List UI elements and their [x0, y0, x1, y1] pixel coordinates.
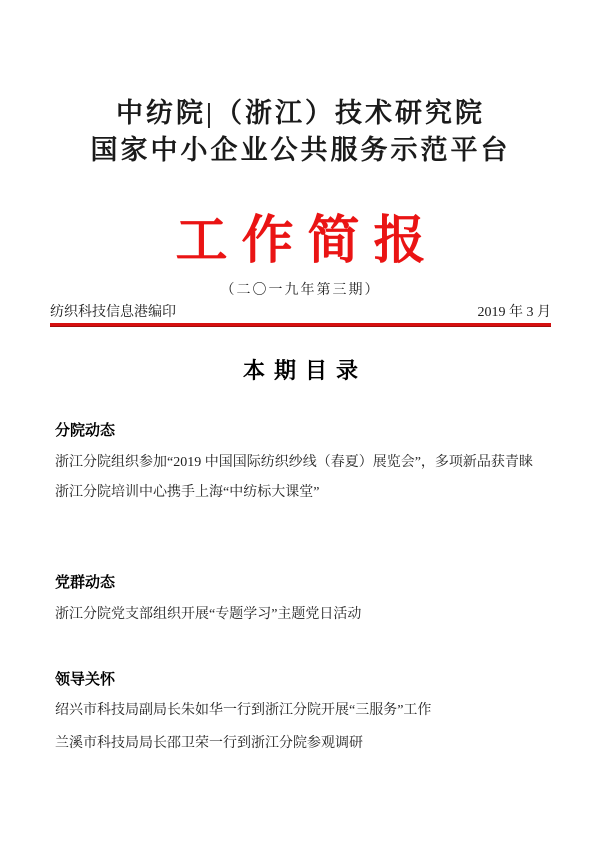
issue-number: （二〇一九年第三期）: [0, 279, 601, 299]
org-name: 中纺院|（浙江）技术研究院: [0, 95, 601, 132]
table-of-contents: 分院动态 浙江分院组织参加“2019 中国国际纺织纱线（春夏）展览会”，多项新品…: [0, 420, 601, 754]
toc-section-party-news: 党群动态 浙江分院党支部组织开展“专题学习”主题党日活动: [55, 572, 556, 625]
section-label: 分院动态: [55, 420, 556, 441]
toc-section-branch-news: 分院动态 浙江分院组织参加“2019 中国国际纺织纱线（春夏）展览会”，多项新品…: [55, 420, 556, 503]
toc-entry: 浙江分院培训中心携手上海“中纺标大课堂”: [55, 483, 556, 503]
section-label: 党群动态: [55, 572, 556, 593]
publisher-name: 纺织科技信息港编印: [50, 304, 176, 321]
publication-date: 2019 年 3 月: [478, 304, 552, 321]
toc-section-leadership-care: 领导关怀 绍兴市科技局副局长朱如华一行到浙江分院开展“三服务”工作 兰溪市科技局…: [55, 669, 556, 754]
platform-name: 国家中小企业公共服务示范平台: [0, 132, 601, 169]
toc-entry: 浙江分院党支部组织开展“专题学习”主题党日活动: [55, 605, 556, 625]
section-label: 领导关怀: [55, 669, 556, 690]
toc-heading: 本期目录: [0, 356, 601, 386]
toc-entry: 绍兴市科技局副局长朱如华一行到浙江分院开展“三服务”工作: [55, 701, 556, 721]
publication-info-row: 纺织科技信息港编印 2019 年 3 月: [50, 304, 551, 326]
masthead: 中纺院|（浙江）技术研究院 国家中小企业公共服务示范平台: [0, 0, 601, 169]
toc-entry: 浙江分院组织参加“2019 中国国际纺织纱线（春夏）展览会”，多项新品获青睐: [55, 453, 556, 473]
bulletin-title: 工作简报: [0, 213, 601, 269]
document-page: 中纺院|（浙江）技术研究院 国家中小企业公共服务示范平台 工作简报 （二〇一九年…: [0, 0, 601, 856]
toc-entry: 兰溪市科技局局长邵卫荣一行到浙江分院参观调研: [55, 734, 556, 754]
